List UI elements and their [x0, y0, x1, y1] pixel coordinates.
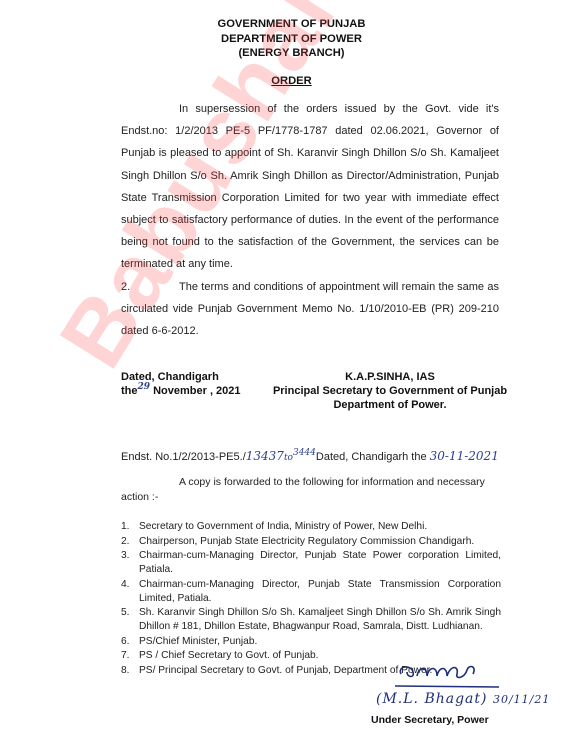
copy-list-text: Sh. Karanvir Singh Dhillon S/o Sh. Kamal… — [139, 606, 501, 634]
copy-list-number: 6. — [121, 635, 139, 649]
letterhead-department: DEPARTMENT OF POWER — [0, 32, 583, 47]
letterhead-government: GOVERNMENT OF PUNJAB — [0, 17, 583, 32]
letterhead: GOVERNMENT OF PUNJAB DEPARTMENT OF POWER… — [0, 17, 583, 61]
copy-list-item: 2.Chairperson, Punjab State Electricity … — [121, 535, 501, 549]
signatory-department: Department of Power. — [268, 398, 512, 412]
endorsement-line: Endst. No.1/2/2013-PE5./13437to3444Dated… — [121, 449, 499, 463]
endorsement-prefix: Endst. No.1/2/2013-PE5./ — [121, 451, 246, 463]
under-secretary-title: Under Secretary, Power — [371, 714, 489, 726]
copy-list-text: Chairperson, Punjab State Electricity Re… — [139, 535, 501, 549]
handwritten-endst-number-end: 3444 — [293, 448, 316, 458]
copy-list-text: Chairman-cum-Managing Director, Punjab S… — [139, 578, 501, 606]
order-document: GOVERNMENT OF PUNJAB DEPARTMENT OF POWER… — [0, 0, 583, 736]
dated-place-block: Dated, Chandigarh the29 November , 2021 — [121, 370, 241, 399]
paragraph-1-text: In supersession of the orders issued by … — [121, 103, 499, 270]
endorsement-dated: Dated, Chandigarh the — [316, 451, 430, 463]
copy-list-number: 7. — [121, 649, 139, 663]
copy-list-number: 3. — [121, 549, 139, 577]
copy-list-number: 2. — [121, 535, 139, 549]
paragraph-2-number: 2. — [121, 276, 179, 298]
forward-note: A copy is forwarded to the following for… — [121, 475, 501, 504]
copy-list-number: 4. — [121, 578, 139, 606]
copy-list-number: 5. — [121, 606, 139, 634]
handwritten-signature-date: 30/11/21 — [493, 693, 550, 706]
order-paragraph-1: In supersession of the orders issued by … — [121, 98, 499, 276]
copy-list-number: 8. — [121, 664, 139, 678]
dated-date: the29 November , 2021 — [121, 384, 241, 399]
copy-list-number: 1. — [121, 520, 139, 534]
letterhead-branch: (ENERGY BRANCH) — [0, 46, 583, 61]
copy-list-item: 1.Secretary to Government of India, Mini… — [121, 520, 501, 534]
signature-scribble — [393, 660, 503, 690]
signatory-title: Principal Secretary to Government of Pun… — [268, 384, 512, 398]
signatory-name: K.A.P.SINHA, IAS — [268, 370, 512, 384]
order-paragraph-2: 2.The terms and conditions of appointmen… — [121, 276, 499, 343]
handwritten-endst-date: 30-11-2021 — [430, 449, 499, 463]
handwritten-signatory-name: (M.L. Bhagat) 30/11/21 — [376, 691, 550, 707]
copy-list-item: 4.Chairman-cum-Managing Director, Punjab… — [121, 578, 501, 606]
handwritten-day: 29 — [138, 382, 151, 392]
copy-list-item: 5.Sh. Karanvir Singh Dhillon S/o Sh. Kam… — [121, 606, 501, 634]
handwritten-endst-number: 13437 — [246, 449, 284, 463]
order-title: ORDER — [0, 75, 583, 87]
copy-list-text: PS/Chief Minister, Punjab. — [139, 635, 501, 649]
copy-list-text: Chairman-cum-Managing Director, Punjab S… — [139, 549, 501, 577]
copy-list-text: Secretary to Government of India, Minist… — [139, 520, 501, 534]
copy-list-item: 6.PS/Chief Minister, Punjab. — [121, 635, 501, 649]
signatory-block: K.A.P.SINHA, IAS Principal Secretary to … — [268, 370, 512, 412]
copy-to-list: 1.Secretary to Government of India, Mini… — [121, 520, 501, 678]
copy-list-item: 3.Chairman-cum-Managing Director, Punjab… — [121, 549, 501, 577]
